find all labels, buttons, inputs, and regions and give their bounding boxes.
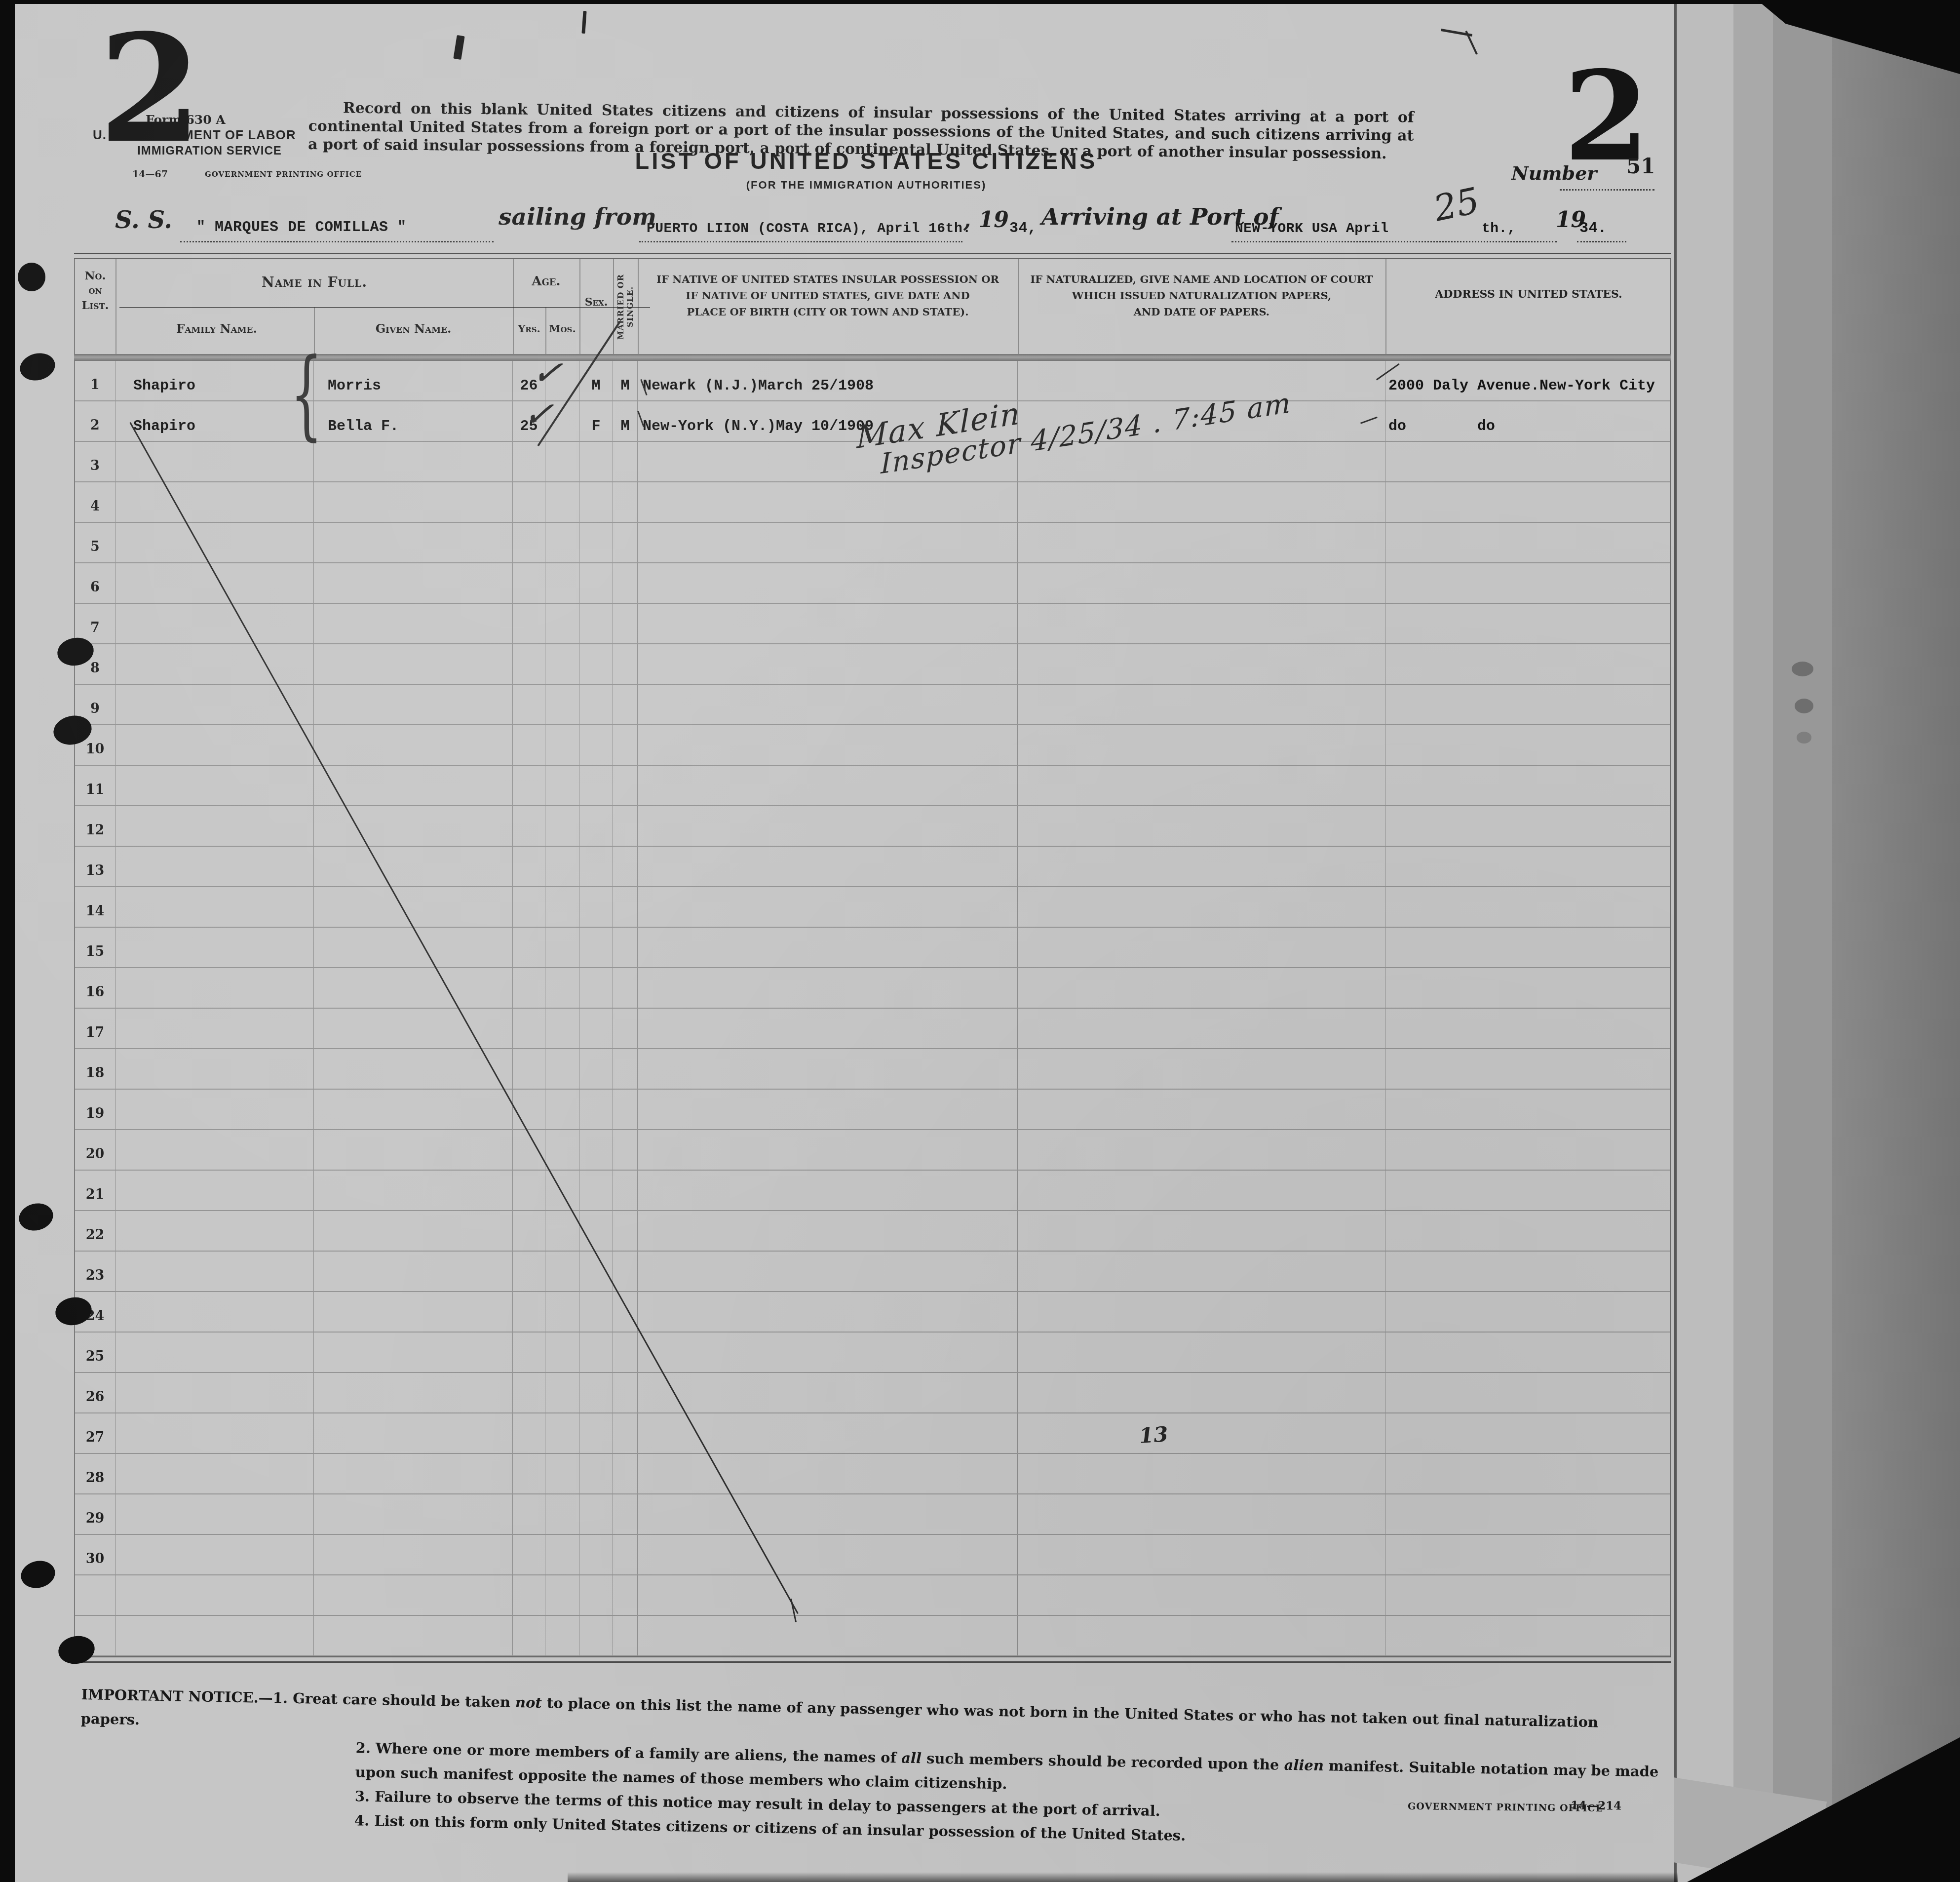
table-row: 9 xyxy=(75,685,1670,725)
cell-yrs xyxy=(513,1009,545,1048)
year-value-2: 34. xyxy=(1579,220,1607,237)
cell-address xyxy=(1385,725,1672,765)
cell-sex xyxy=(579,604,613,643)
cell-birth xyxy=(638,1211,1018,1251)
cell-family xyxy=(115,1009,314,1048)
cell-no: 16 xyxy=(75,968,115,1008)
cell-married xyxy=(613,1211,638,1251)
cell-married xyxy=(613,1292,638,1332)
cell-married xyxy=(613,766,638,805)
cell-married xyxy=(613,847,638,886)
cell-address xyxy=(1385,1413,1672,1453)
cell-married xyxy=(613,1130,638,1170)
cell-address xyxy=(1385,1575,1672,1615)
table-row: 24 xyxy=(75,1292,1670,1333)
cell-mos xyxy=(545,523,579,562)
cell-married xyxy=(613,644,638,684)
cell-family xyxy=(115,1292,314,1332)
cell-yrs xyxy=(513,887,545,927)
cell-family xyxy=(115,563,314,603)
cell-birth xyxy=(638,1454,1018,1493)
cell-family xyxy=(115,1130,314,1170)
arrival-suffix: th., xyxy=(1482,221,1516,236)
cell-sex xyxy=(579,482,613,522)
smudge-right-1 xyxy=(1792,662,1813,676)
cell-mos xyxy=(545,725,579,765)
cell-naturalization xyxy=(1018,806,1385,846)
notice-1-text: Great care should be taken xyxy=(293,1690,516,1711)
cell-sex xyxy=(579,1292,613,1332)
cell-given xyxy=(314,1090,513,1129)
cell-mos xyxy=(545,1009,579,1048)
cell-given: Bella F. xyxy=(314,401,513,441)
cell-address xyxy=(1385,1494,1672,1534)
cell-given xyxy=(314,1333,513,1372)
cell-yrs xyxy=(513,1616,545,1655)
cell-address xyxy=(1385,928,1672,967)
cell-birth xyxy=(638,1049,1018,1089)
cell-given xyxy=(314,1130,513,1170)
cell-mos xyxy=(545,1575,579,1615)
cell-birth xyxy=(638,1292,1018,1332)
cell-naturalization xyxy=(1018,1252,1385,1291)
cell-family xyxy=(115,1494,314,1534)
cell-given xyxy=(314,644,513,684)
ship-name-blank xyxy=(180,240,494,242)
cell-address xyxy=(1385,563,1672,603)
cell-birth xyxy=(638,685,1018,724)
cell-birth xyxy=(638,1090,1018,1129)
cell-address xyxy=(1385,806,1672,846)
cell-yrs xyxy=(513,1333,545,1372)
header-given-name: Given Name. xyxy=(314,321,513,336)
col-line xyxy=(1385,259,1386,354)
cell-birth xyxy=(638,968,1018,1008)
page-stack-edge xyxy=(1674,0,1832,1882)
cell-address xyxy=(1385,887,1672,927)
header-address: ADDRESS IN UNITED STATES. xyxy=(1385,288,1672,301)
cell-sex xyxy=(579,1211,613,1251)
cell-sex xyxy=(579,1171,613,1210)
page-subtitle: (FOR THE IMMIGRATION AUTHORITIES) xyxy=(496,179,1236,192)
year-value-1: 34, xyxy=(1009,220,1037,237)
cell-address xyxy=(1385,1130,1672,1170)
cell-sex xyxy=(579,887,613,927)
cell-married xyxy=(613,1575,638,1615)
cell-yrs xyxy=(513,1575,545,1615)
cell-married xyxy=(613,1535,638,1574)
cell-sex xyxy=(579,1616,613,1655)
table-row xyxy=(75,1616,1670,1656)
cell-naturalization xyxy=(1018,523,1385,562)
cell-naturalization xyxy=(1018,1130,1385,1170)
page-stack-far xyxy=(1832,0,1960,1882)
cell-naturalization xyxy=(1018,685,1385,724)
cell-yrs xyxy=(513,1454,545,1493)
cell-no: 21 xyxy=(75,1171,115,1210)
arrival-blank xyxy=(1231,240,1557,242)
cell-naturalization xyxy=(1018,1171,1385,1210)
table-row: 14 xyxy=(75,887,1670,928)
cell-birth xyxy=(638,1413,1018,1453)
cell-address xyxy=(1385,1373,1672,1412)
cell-address xyxy=(1385,1333,1672,1372)
table-body: 1ShapiroMorris26MMNewark (N.J.)March 25/… xyxy=(74,361,1671,1656)
cell-family xyxy=(115,644,314,684)
cell-birth xyxy=(638,1009,1018,1048)
cell-address xyxy=(1385,523,1672,562)
table-row: 6 xyxy=(75,563,1670,604)
table-row: 12 xyxy=(75,806,1670,847)
header-married-single: MARRIED OR SINGLE. xyxy=(613,259,638,354)
cell-no: 22 xyxy=(75,1211,115,1251)
cell-birth xyxy=(638,482,1018,522)
cell-address xyxy=(1385,1252,1672,1291)
notice-2-em2: alien xyxy=(1284,1757,1324,1774)
table-row: 10 xyxy=(75,725,1670,766)
cell-yrs xyxy=(513,1292,545,1332)
table-row: 25 xyxy=(75,1333,1670,1373)
header-birth-l1: IF NATIVE OF UNITED STATES INSULAR POSSE… xyxy=(638,273,1018,285)
notice-2-em: all xyxy=(901,1749,922,1766)
cell-given: Morris xyxy=(314,361,513,400)
table-row: 23 xyxy=(75,1252,1670,1292)
cell-married xyxy=(613,482,638,522)
table-bottom-rule xyxy=(74,1656,1671,1663)
table-row: 19 xyxy=(75,1090,1670,1130)
cell-birth xyxy=(638,1333,1018,1372)
cell-family xyxy=(115,887,314,927)
cell-address: 2000 Daly Avenue.New-York City xyxy=(1385,361,1672,400)
cell-married xyxy=(613,1171,638,1210)
header-family-name: Family Name. xyxy=(119,321,314,336)
cell-yrs xyxy=(513,644,545,684)
cell-mos xyxy=(545,1333,579,1372)
cell-given xyxy=(314,442,513,481)
table-row: 11 xyxy=(75,766,1670,806)
cell-yrs xyxy=(513,1211,545,1251)
cell-given xyxy=(314,806,513,846)
header-birth-l3: PLACE OF BIRTH (CITY OR TOWN AND STATE). xyxy=(638,306,1018,318)
sheet-stamp-51: 51 xyxy=(1626,154,1655,178)
cell-address xyxy=(1385,1009,1672,1048)
cell-mos xyxy=(545,482,579,522)
cell-yrs xyxy=(513,1090,545,1129)
cell-sex xyxy=(579,523,613,562)
cell-no: 2 xyxy=(75,401,115,441)
cell-sex xyxy=(579,1413,613,1453)
paper-bottom-shadow xyxy=(568,1872,1678,1882)
table-row xyxy=(75,1575,1670,1616)
cell-birth xyxy=(638,887,1018,927)
cell-address xyxy=(1385,1535,1672,1574)
cell-family xyxy=(115,523,314,562)
cell-no: 4 xyxy=(75,482,115,522)
cell-given xyxy=(314,928,513,967)
cell-yrs xyxy=(513,685,545,724)
departure-blank xyxy=(639,240,962,242)
table-row: 15 xyxy=(75,928,1670,968)
col-line xyxy=(115,259,116,354)
cell-given xyxy=(314,685,513,724)
table-row: 28 xyxy=(75,1454,1670,1494)
header-no-l3: List. xyxy=(75,299,115,312)
cell-married xyxy=(613,806,638,846)
sailing-from-label: sailing from xyxy=(499,203,656,231)
cell-naturalization xyxy=(1018,1009,1385,1048)
cell-family xyxy=(115,685,314,724)
cell-birth xyxy=(638,1373,1018,1412)
cell-birth xyxy=(638,847,1018,886)
header-nat-l2: WHICH ISSUED NATURALIZATION PAPERS, xyxy=(1018,289,1385,302)
left-print-code: 14—67 xyxy=(132,169,168,180)
cell-no: 25 xyxy=(75,1333,115,1372)
cell-naturalization xyxy=(1018,482,1385,522)
cell-birth: Newark (N.J.)March 25/1908 xyxy=(638,361,1018,400)
check-mark-row1: ✓ xyxy=(530,350,565,395)
cell-no: 11 xyxy=(75,766,115,805)
cell-yrs xyxy=(513,968,545,1008)
table-row: 26 xyxy=(75,1373,1670,1413)
cell-mos xyxy=(545,1616,579,1655)
cell-address xyxy=(1385,1090,1672,1129)
year-blank-2 xyxy=(1577,240,1626,242)
cell-family xyxy=(115,1049,314,1089)
cell-mos xyxy=(545,1090,579,1129)
cell-naturalization xyxy=(1018,1211,1385,1251)
cell-naturalization xyxy=(1018,1090,1385,1129)
cell-birth xyxy=(638,1171,1018,1210)
cell-birth xyxy=(638,1130,1018,1170)
cell-sex xyxy=(579,563,613,603)
scan-edge-left xyxy=(0,0,15,1882)
cell-married xyxy=(613,1049,638,1089)
cell-mos xyxy=(545,604,579,643)
cell-yrs xyxy=(513,1413,545,1453)
footer-print-code: 14—214 xyxy=(1571,1799,1621,1812)
cell-sex xyxy=(579,928,613,967)
cell-address xyxy=(1385,442,1672,481)
cell-family xyxy=(115,1616,314,1655)
cell-no: 19 xyxy=(75,1090,115,1129)
cell-given xyxy=(314,1494,513,1534)
cell-sex: F xyxy=(579,401,613,441)
header-yrs: Yrs. xyxy=(513,322,545,335)
notice-3-no: 3. xyxy=(355,1788,370,1805)
cell-address xyxy=(1385,1454,1672,1493)
cell-naturalization xyxy=(1018,1535,1385,1574)
cell-yrs xyxy=(513,1373,545,1412)
family-brace: { xyxy=(290,346,323,443)
cell-naturalization xyxy=(1018,1616,1385,1655)
cell-no: 3 xyxy=(75,442,115,481)
notice-heading: IMPORTANT NOTICE.—1. xyxy=(81,1686,288,1707)
table-row: 4 xyxy=(75,482,1670,523)
cell-married xyxy=(613,523,638,562)
cell-family xyxy=(115,1171,314,1210)
cell-naturalization xyxy=(1018,1292,1385,1332)
cell-naturalization xyxy=(1018,563,1385,603)
cell-no: 1 xyxy=(75,361,115,400)
notice-2-text2: such members should be recorded upon the xyxy=(922,1750,1284,1773)
cell-no: 15 xyxy=(75,928,115,967)
cell-no: 28 xyxy=(75,1454,115,1493)
header-sex: Sex. xyxy=(579,296,613,309)
cell-mos xyxy=(545,1454,579,1493)
cell-sex xyxy=(579,1373,613,1412)
cell-naturalization xyxy=(1018,1494,1385,1534)
important-notice: IMPORTANT NOTICE.—1. Great care should b… xyxy=(79,1683,1661,1857)
cell-given xyxy=(314,847,513,886)
cell-birth xyxy=(638,806,1018,846)
cell-given xyxy=(314,1009,513,1048)
cell-mos xyxy=(545,685,579,724)
cell-family xyxy=(115,1575,314,1615)
table-row: 29 xyxy=(75,1494,1670,1535)
cell-sex xyxy=(579,1494,613,1534)
cell-address xyxy=(1385,1171,1672,1210)
cell-no: 29 xyxy=(75,1494,115,1534)
cell-no: 30 xyxy=(75,1535,115,1574)
cell-mos xyxy=(545,1130,579,1170)
cell-sex xyxy=(579,442,613,481)
header-name-in-full: Name in Full. xyxy=(119,274,509,290)
cell-sex xyxy=(579,1535,613,1574)
cell-birth xyxy=(638,1494,1018,1534)
cell-family xyxy=(115,1454,314,1493)
cell-married xyxy=(613,725,638,765)
cell-naturalization xyxy=(1018,1333,1385,1372)
cell-married xyxy=(613,1090,638,1129)
cell-naturalization xyxy=(1018,887,1385,927)
cell-birth xyxy=(638,523,1018,562)
cell-married: M xyxy=(613,401,638,441)
cell-married xyxy=(613,1494,638,1534)
cell-no: 14 xyxy=(75,887,115,927)
cell-birth xyxy=(638,644,1018,684)
cell-family xyxy=(115,482,314,522)
cell-no: 7 xyxy=(75,604,115,643)
cell-family xyxy=(115,928,314,967)
col-line xyxy=(513,259,514,354)
scanned-manifest-page: Form 630 A U. S. DEPARTMENT OF LABOR IMM… xyxy=(0,0,1960,1882)
cell-given xyxy=(314,1454,513,1493)
cell-mos xyxy=(545,1535,579,1574)
arrival-port: NEW-YORK USA April xyxy=(1235,221,1388,236)
cell-family: Shapiro xyxy=(115,361,314,400)
cell-sex xyxy=(579,1454,613,1493)
cell-address xyxy=(1385,1049,1672,1089)
table-row: 17 xyxy=(75,1009,1670,1049)
cell-sex xyxy=(579,1090,613,1129)
table-row: 20 xyxy=(75,1130,1670,1171)
cell-naturalization xyxy=(1018,1049,1385,1089)
table-row: 5 xyxy=(75,523,1670,563)
cell-mos xyxy=(545,563,579,603)
table-row: 21 xyxy=(75,1171,1670,1211)
notice-1-em: not xyxy=(515,1694,542,1711)
cell-married xyxy=(613,442,638,481)
cell-mos xyxy=(545,806,579,846)
cell-sex xyxy=(579,968,613,1008)
cell-address xyxy=(1385,685,1672,724)
cell-married xyxy=(613,1009,638,1048)
cell-yrs xyxy=(513,725,545,765)
cell-given xyxy=(314,1049,513,1089)
cell-yrs xyxy=(513,563,545,603)
cell-mos xyxy=(545,1049,579,1089)
cell-yrs xyxy=(513,482,545,522)
cell-naturalization xyxy=(1018,968,1385,1008)
cell-family xyxy=(115,1373,314,1412)
cell-family xyxy=(115,968,314,1008)
cell-given xyxy=(314,604,513,643)
cell-yrs xyxy=(513,847,545,886)
cell-family: Shapiro xyxy=(115,401,314,441)
cell-family xyxy=(115,847,314,886)
left-print-office: GOVERNMENT PRINTING OFFICE xyxy=(205,170,362,179)
cell-sex xyxy=(579,847,613,886)
cell-no: 17 xyxy=(75,1009,115,1048)
cell-yrs xyxy=(513,604,545,643)
cell-naturalization xyxy=(1018,847,1385,886)
departure-port: PUERTO LIION (COSTA RICA), April 16th. xyxy=(647,221,971,236)
cell-given xyxy=(314,1171,513,1210)
cell-yrs xyxy=(513,806,545,846)
table-top-rule xyxy=(74,253,1671,259)
table-row: 18 xyxy=(75,1049,1670,1090)
smudge-right-3 xyxy=(1797,732,1811,744)
cell-married xyxy=(613,1413,638,1453)
cell-sex xyxy=(579,725,613,765)
cell-mos xyxy=(545,1252,579,1291)
cell-address xyxy=(1385,482,1672,522)
cell-address xyxy=(1385,1616,1672,1655)
cell-given xyxy=(314,523,513,562)
page-title: LIST OF UNITED STATES CITIZENS xyxy=(496,147,1236,174)
cell-married: M xyxy=(613,361,638,400)
ss-label: S. S. xyxy=(115,206,172,234)
cell-yrs xyxy=(513,1049,545,1089)
cell-naturalization xyxy=(1018,928,1385,967)
ship-name: " MARQUES DE COMILLAS " xyxy=(196,219,407,236)
cell-family xyxy=(115,1252,314,1291)
cell-family xyxy=(115,604,314,643)
cell-naturalization xyxy=(1018,1454,1385,1493)
cell-birth xyxy=(638,1575,1018,1615)
cell-married xyxy=(613,1333,638,1372)
number-blank-line xyxy=(1560,189,1654,191)
cell-address xyxy=(1385,1211,1672,1251)
cell-naturalization xyxy=(1018,766,1385,805)
cell-family xyxy=(115,1333,314,1372)
cell-yrs xyxy=(513,1171,545,1210)
page-stamp-13: 13 xyxy=(1138,1422,1169,1448)
table-row: 30 xyxy=(75,1535,1670,1575)
cell-address xyxy=(1385,1292,1672,1332)
cell-given xyxy=(314,766,513,805)
cell-mos xyxy=(545,928,579,967)
number-label: Number xyxy=(1511,162,1597,184)
cell-sex: M xyxy=(579,361,613,400)
check-mark-row2: ✓ xyxy=(522,392,555,436)
header-no-l2: on xyxy=(75,284,115,296)
punch-hole xyxy=(18,263,45,291)
cell-address xyxy=(1385,604,1672,643)
cell-birth xyxy=(638,563,1018,603)
cell-yrs xyxy=(513,1252,545,1291)
cell-yrs xyxy=(513,1535,545,1574)
